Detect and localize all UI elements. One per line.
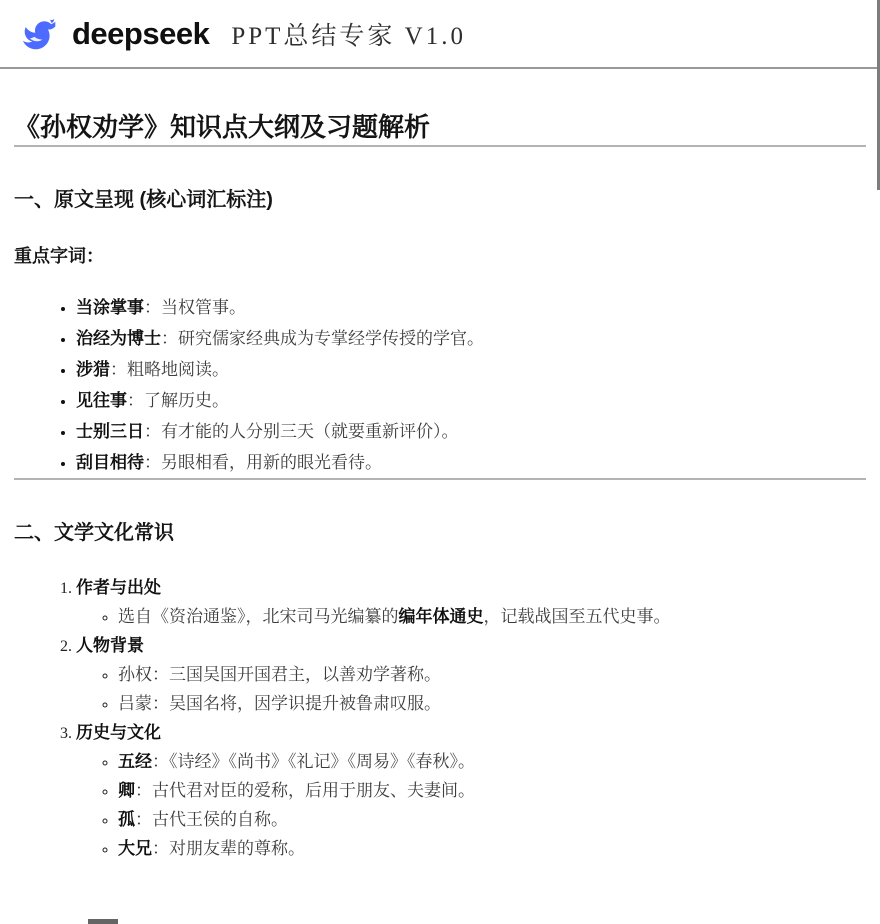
fact-item: 人物背景 孙权：三国吴国开国君主，以善劝学著称。 吕蒙：吴国名将，因学识提升被鲁… [76,631,866,718]
keyword-term: 涉猎 [76,360,110,379]
keywords-list: 当涂掌事：当权管事。 治经为博士：研究儒家经典成为专掌经学传授的学官。 涉猎：粗… [14,292,866,478]
fact-item: 历史与文化 五经：《诗经》《尚书》《礼记》《周易》《春秋》。 卿：古代君对臣的爱… [76,718,866,863]
sub-text: 孙权：三国吴国开国君主，以善劝学著称。 [118,665,441,684]
fact-title: 作者与出处 [76,578,161,597]
deepseek-whale-icon [14,11,60,57]
keyword-item: 涉猎：粗略地阅读。 [76,354,866,385]
keyword-term: 士别三日 [76,422,144,441]
fact-subitem: 大兄：对朋友辈的尊称。 [118,834,866,863]
fact-title: 人物背景 [76,636,144,655]
doc-title: 《孙权劝学》知识点大纲及习题解析 [14,111,866,145]
keyword-definition: ：有才能的人分别三天（就要重新评价）。 [144,422,459,441]
fact-title: 历史与文化 [76,723,161,742]
sub-text: 吕蒙：吴国名将，因学识提升被鲁肃叹服。 [118,694,441,713]
keyword-definition: ：当权管事。 [144,298,246,317]
fact-subitem: 吕蒙：吴国名将，因学识提升被鲁肃叹服。 [118,689,866,718]
keyword-term: 治经为博士 [76,329,161,348]
sub-text-bold: 五经 [118,752,152,771]
keyword-definition: ：粗略地阅读。 [110,360,229,379]
keyword-item: 刮目相待：另眼相看，用新的眼光看待。 [76,447,866,478]
facts-list: 作者与出处 选自《资治通鉴》，北宋司马光编纂的编年体通史，记载战国至五代史事。 … [14,573,866,863]
sub-text-bold: 大兄 [118,839,152,858]
app-title: PPT总结专家 V1.0 [231,16,466,52]
keyword-definition: ：了解历史。 [127,391,229,410]
sub-text-bold: 卿 [118,781,135,800]
sub-text: ：古代王侯的自称。 [135,810,288,829]
keyword-item: 当涂掌事：当权管事。 [76,292,866,323]
fact-subitem: 孤：古代王侯的自称。 [118,805,866,834]
keyword-term: 刮目相待 [76,453,144,472]
sub-text: ：对朋友辈的尊称。 [152,839,305,858]
sub-text: ：《诗经》《尚书》《礼记》《周易》《春秋》。 [152,752,475,771]
keyword-term: 当涂掌事 [76,298,144,317]
keyword-item: 治经为博士：研究儒家经典成为专掌经学传授的学官。 [76,323,866,354]
fact-sublist: 孙权：三国吴国开国君主，以善劝学著称。 吕蒙：吴国名将，因学识提升被鲁肃叹服。 [76,660,866,718]
keywords-subheading: 重点字词： [14,242,866,268]
fact-subitem: 五经：《诗经》《尚书》《礼记》《周易》《春秋》。 [118,747,866,776]
divider [14,145,866,147]
fact-item: 作者与出处 选自《资治通鉴》，北宋司马光编纂的编年体通史，记载战国至五代史事。 [76,573,866,631]
fact-subitem: 孙权：三国吴国开国君主，以善劝学著称。 [118,660,866,689]
sub-text: ：古代君对臣的爱称，后用于朋友、夫妻间。 [135,781,475,800]
app-header: deepseek PPT总结专家 V1.0 [0,0,880,69]
keyword-definition: ：研究儒家经典成为专掌经学传授的学官。 [161,329,484,348]
keyword-definition: ：另眼相看，用新的眼光看待。 [144,453,382,472]
divider [14,478,866,480]
deepseek-wordmark: deepseek [72,16,209,52]
fact-subitem: 卿：古代君对臣的爱称，后用于朋友、夫妻间。 [118,776,866,805]
section1-heading: 一、原文呈现 (核心词汇标注) [14,183,866,212]
fact-sublist: 选自《资治通鉴》，北宋司马光编纂的编年体通史，记载战国至五代史事。 [76,602,866,631]
document-body: 《孙权劝学》知识点大纲及习题解析 一、原文呈现 (核心词汇标注) 重点字词： 当… [0,111,880,863]
keyword-item: 士别三日：有才能的人分别三天（就要重新评价）。 [76,416,866,447]
sub-text-bold: 孤 [118,810,135,829]
keyword-item: 见往事：了解历史。 [76,385,866,416]
clipped-next-line [88,919,118,924]
fact-subitem: 选自《资治通鉴》，北宋司马光编纂的编年体通史，记载战国至五代史事。 [118,602,866,631]
keyword-term: 见往事 [76,391,127,410]
section2-heading: 二、文学文化常识 [14,516,866,545]
sub-text: ，记载战国至五代史事。 [484,607,671,626]
sub-text: 选自《资治通鉴》，北宋司马光编纂的 [118,607,399,626]
sub-text-bold: 编年体通史 [399,607,484,626]
fact-sublist: 五经：《诗经》《尚书》《礼记》《周易》《春秋》。 卿：古代君对臣的爱称，后用于朋… [76,747,866,863]
